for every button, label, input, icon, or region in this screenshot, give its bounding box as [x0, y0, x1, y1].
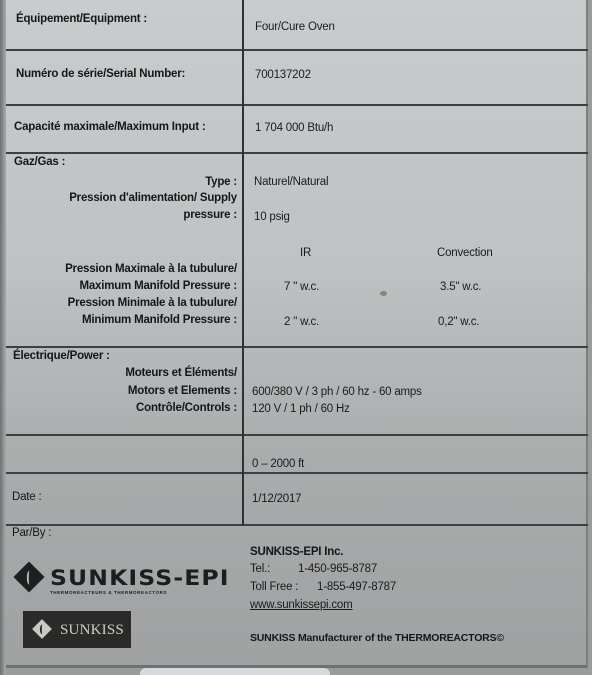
supply-pressure-value: 10 psig: [254, 210, 290, 224]
altitude-value: 0 – 2000 ft: [252, 457, 304, 471]
controls-value: 120 V / 1 ph / 60 Hz: [252, 402, 350, 416]
website-link[interactable]: www.sunkissepi.com: [250, 598, 353, 612]
company-name: SUNKISS-EPI Inc.: [250, 545, 343, 559]
logo-wordmark: SUNKISS-EPI: [50, 563, 230, 593]
sunkiss-wordmark: SUNKISS: [60, 622, 124, 638]
row-divider: [6, 49, 588, 51]
date-value: 1/12/2017: [252, 492, 301, 506]
row-divider: [6, 524, 588, 526]
row-divider: [6, 472, 588, 474]
row-divider: [6, 152, 588, 154]
min-manifold-label-line2: Minimum Manifold Pressure :: [82, 313, 237, 327]
motors-value: 600/380 V / 3 ph / 60 hz - 60 amps: [252, 385, 422, 399]
max-manifold-convection: 3.5" w.c.: [440, 280, 481, 294]
serial-label: Numéro de série/Serial Number:: [16, 67, 185, 81]
controls-label: Contrôle/Controls :: [136, 401, 237, 415]
equipment-label: Équipement/Equipment :: [16, 12, 147, 26]
power-heading: Électrique/Power :: [13, 349, 110, 363]
tel-label: Tel.:: [250, 562, 270, 576]
tel-value: 1-450-965-8787: [298, 562, 377, 576]
gas-type-value: Naturel/Natural: [254, 175, 328, 189]
gas-type-label: Type :: [205, 175, 237, 189]
sunkiss-logo-box: SUNKISS: [23, 611, 131, 648]
date-label: Date :: [12, 490, 41, 504]
diamond-logo-icon: [32, 619, 52, 639]
by-label: Par/By :: [12, 526, 51, 540]
min-manifold-label-line1: Pression Minimale à la tubulure/: [68, 296, 237, 310]
supply-pressure-label-line1: Pression d'alimentation/ Supply: [69, 191, 237, 205]
max-input-label: Capacité maximale/Maximum Input :: [14, 120, 206, 134]
equipment-value: Four/Cure Oven: [255, 20, 335, 34]
min-manifold-ir: 2 " w.c.: [284, 315, 319, 329]
max-manifold-ir: 7 " w.c.: [284, 280, 319, 294]
diamond-logo-icon: [13, 561, 44, 592]
plate-edge: [0, 0, 6, 675]
background-object: [140, 668, 330, 675]
row-divider: [6, 434, 588, 436]
gas-heading: Gaz/Gas :: [14, 155, 65, 169]
supply-pressure-label-line2: pressure :: [183, 208, 237, 222]
column-header-ir: IR: [300, 246, 311, 260]
column-header-convection: Convection: [437, 246, 493, 260]
max-manifold-label-line1: Pression Maximale à la tubulure/: [65, 262, 237, 276]
tollfree-value: 1-855-497-8787: [317, 580, 396, 594]
min-manifold-convection: 0,2" w.c.: [438, 315, 479, 329]
tollfree-label: Toll Free :: [250, 580, 298, 594]
column-divider: [242, 0, 244, 525]
max-input-value: 1 704 000 Btu/h: [255, 121, 333, 135]
sunkiss-epi-logo: SUNKISS-EPI THERMORÉACTEURS & THERMOREAC…: [14, 563, 234, 599]
row-divider: [6, 346, 588, 348]
row-divider: [6, 104, 588, 106]
motors-label-line1: Moteurs et Éléments/: [125, 366, 237, 380]
logo-tagline: THERMORÉACTEURS & THERMOREACTORS: [50, 590, 167, 596]
manufacturer-footer: SUNKISS Manufacturer of the THERMOREACTO…: [250, 631, 504, 645]
max-manifold-label-line2: Maximum Manifold Pressure :: [79, 279, 237, 293]
motors-label-line2: Motors et Elements :: [128, 384, 237, 398]
serial-value: 700137202: [255, 68, 311, 82]
surface-blemish: [380, 291, 387, 296]
